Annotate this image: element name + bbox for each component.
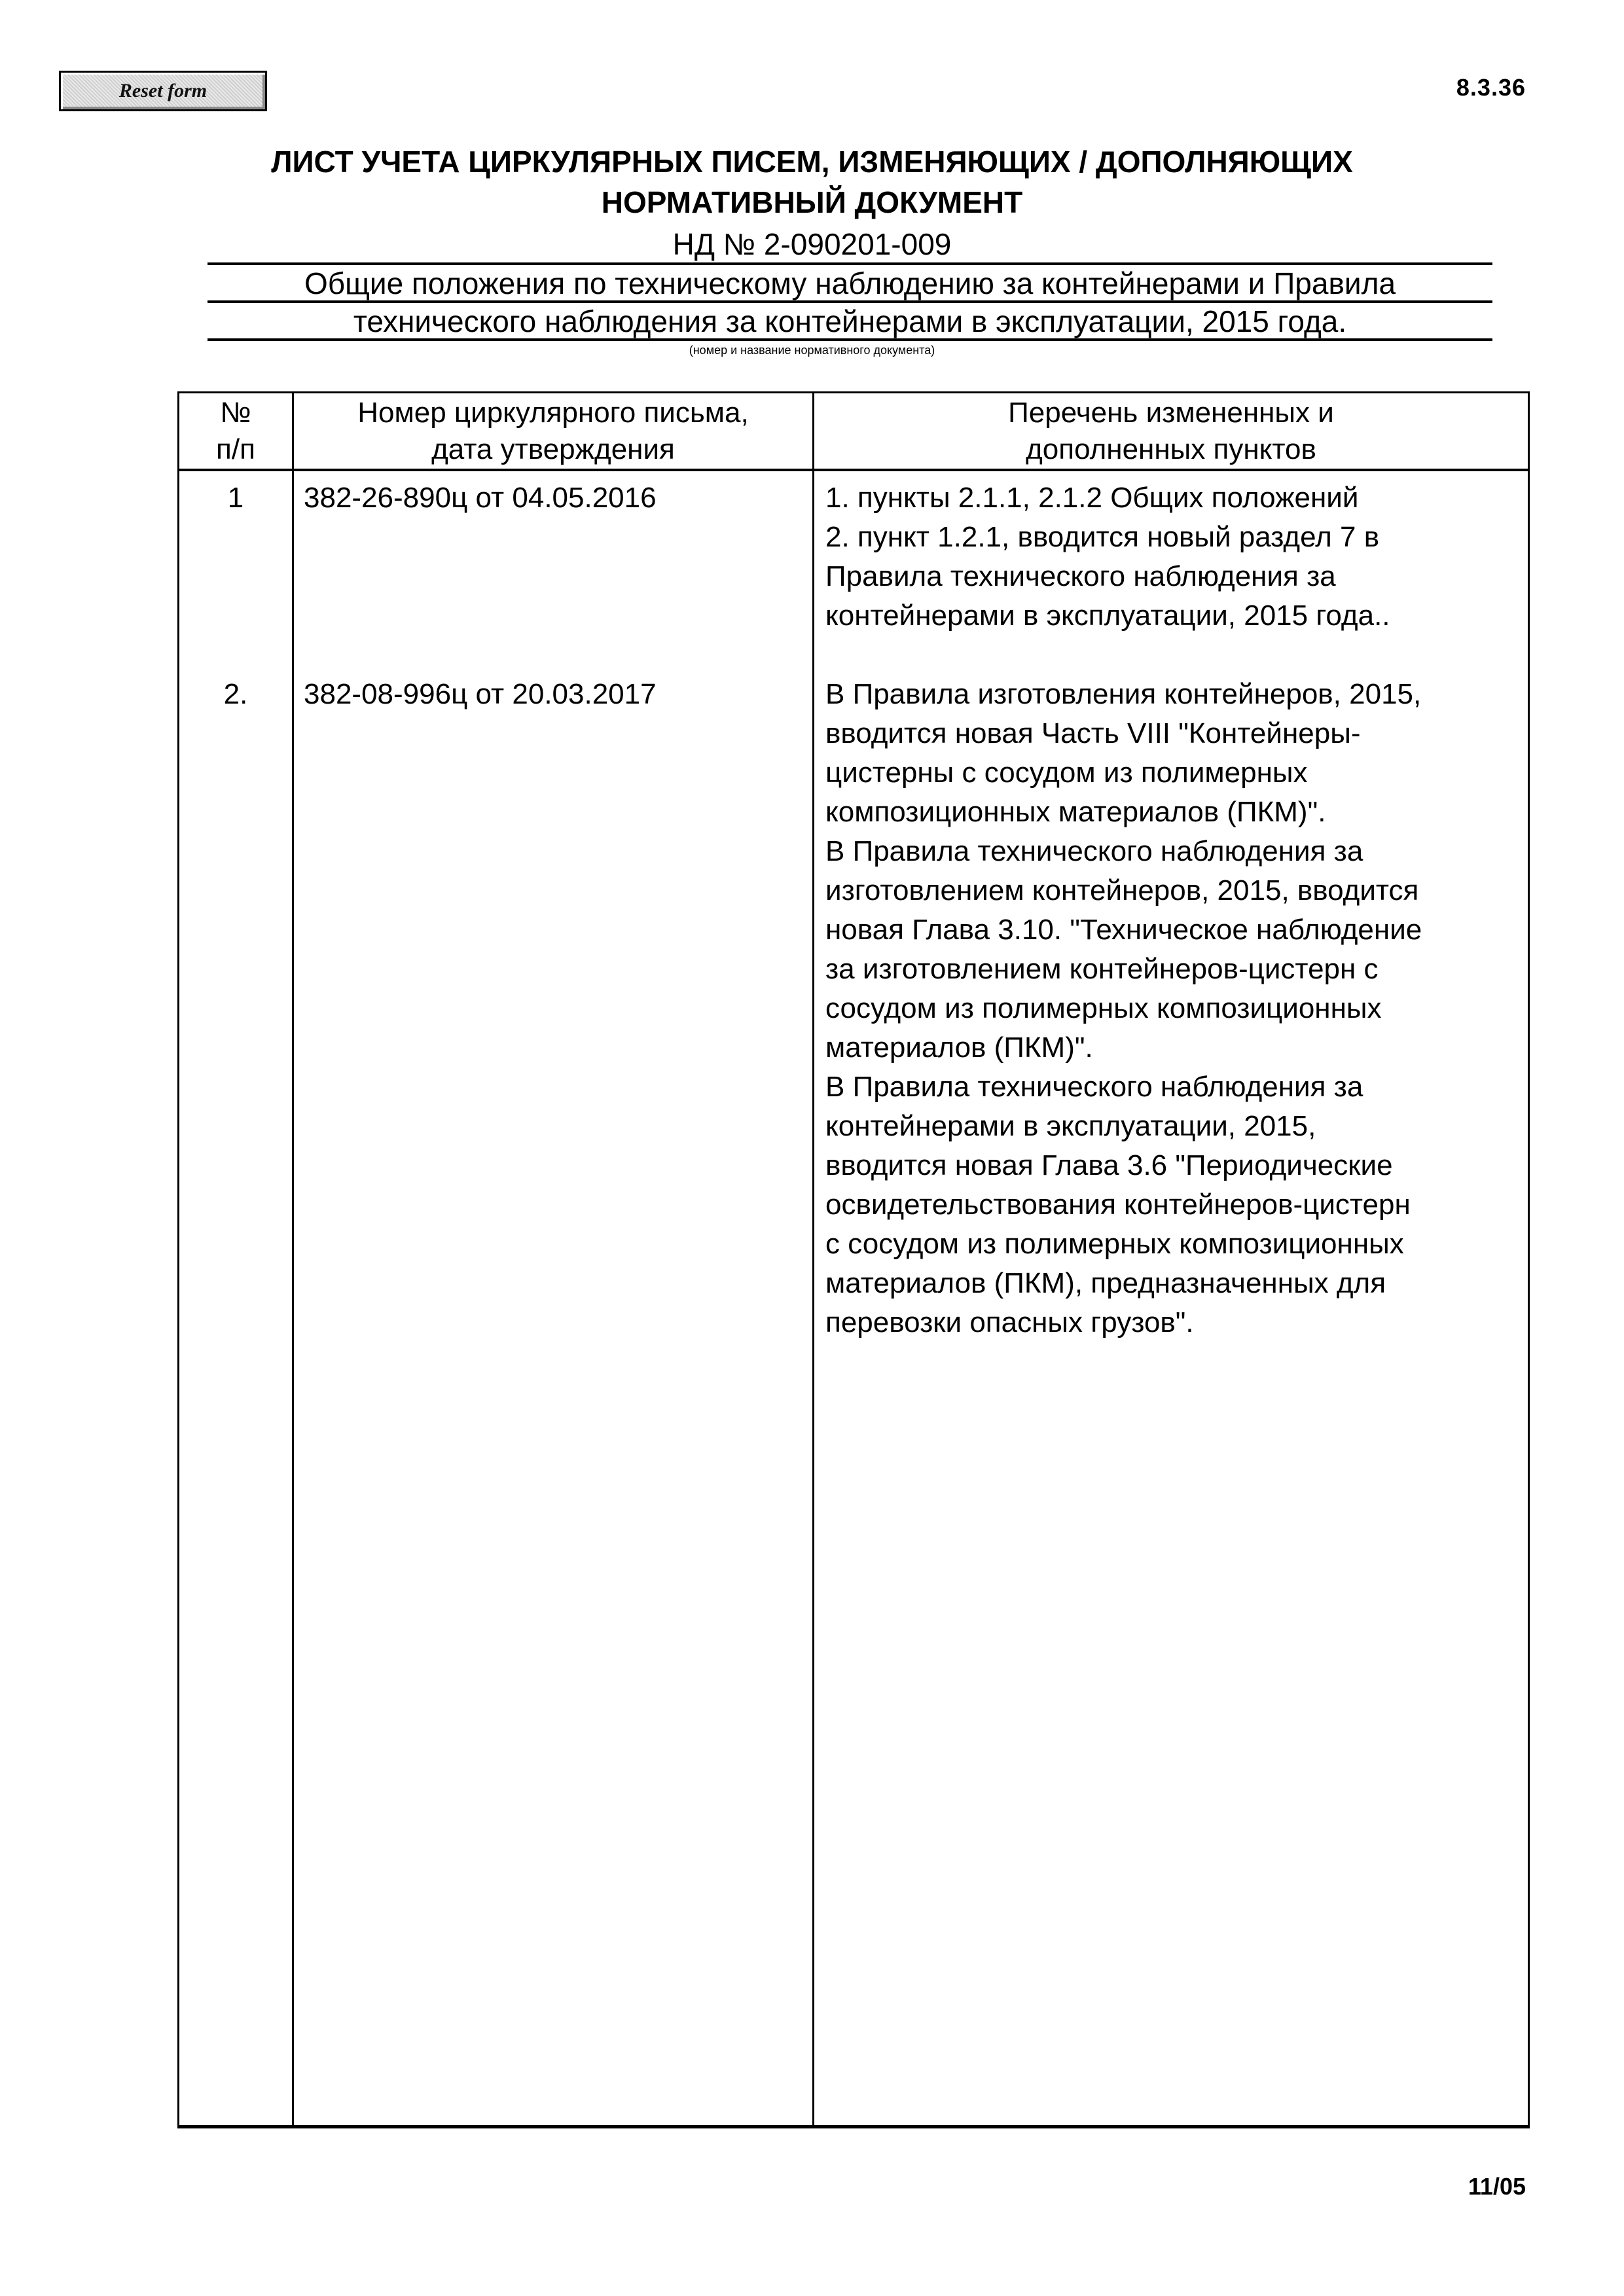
column-divider — [292, 393, 294, 2125]
row-number: 2. — [179, 675, 292, 714]
document-name-field: Общие положения по техническому наблюден… — [208, 262, 1492, 341]
circular-letters-table: № п/п Номер циркулярного письма, дата ут… — [177, 391, 1530, 2128]
column-header-changes: Перечень измененных и дополненных пункто… — [814, 393, 1528, 469]
document-name-line-2: технического наблюдения за контейнерами … — [208, 300, 1492, 341]
column-header-letter: Номер циркулярного письма, дата утвержде… — [294, 393, 812, 469]
reset-form-button[interactable]: Reset form — [59, 71, 267, 111]
section-number: 8.3.36 — [1456, 74, 1526, 101]
title-line-2: НОРМАТИВНЫЙ ДОКУМЕНТ — [0, 182, 1624, 223]
page-title: ЛИСТ УЧЕТА ЦИРКУЛЯРНЫХ ПИСЕМ, ИЗМЕНЯЮЩИХ… — [0, 141, 1624, 223]
column-divider — [812, 393, 814, 2125]
header-divider — [179, 469, 1528, 471]
row-number: 1 — [179, 478, 292, 518]
circular-letter: 382-26-890ц от 04.05.2016 — [304, 478, 808, 518]
title-line-1: ЛИСТ УЧЕТА ЦИРКУЛЯРНЫХ ПИСЕМ, ИЗМЕНЯЮЩИХ… — [0, 141, 1624, 182]
page-footer: 11/05 — [1468, 2173, 1526, 2200]
changed-items: 1. пункты 2.1.1, 2.1.2 Общих положений 2… — [825, 478, 1519, 636]
column-header-number: № п/п — [179, 393, 292, 469]
document-name-line-1: Общие положения по техническому наблюден… — [208, 262, 1492, 300]
document-name-caption: (номер и название нормативного документа… — [0, 343, 1624, 357]
changed-items: В Правила изготовления контейнеров, 2015… — [825, 675, 1519, 1342]
circular-letter: 382-08-996ц от 20.03.2017 — [304, 675, 808, 714]
nd-number: НД № 2-090201-009 — [0, 226, 1624, 262]
